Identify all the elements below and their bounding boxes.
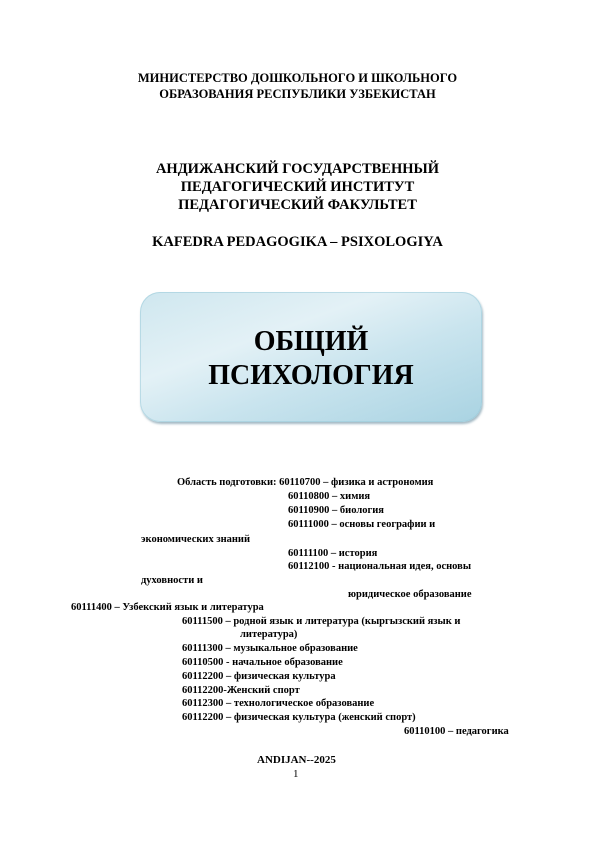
specialty-item: 60112100 - национальная идея, основы	[288, 560, 471, 574]
ministry-heading: МИНИСТЕРСТВО ДОШКОЛЬНОГО И ШКОЛЬНОГО ОБР…	[0, 70, 595, 102]
specialty-item: 60110900 – биология	[288, 504, 384, 518]
specialty-item: 60110100 – педагогика	[404, 725, 509, 739]
title-line-1: ОБЩИЙ	[140, 325, 482, 359]
institute-line-1: АНДИЖАНСКИЙ ГОСУДАРСТВЕННЫЙ	[0, 160, 595, 178]
institute-heading: АНДИЖАНСКИЙ ГОСУДАРСТВЕННЫЙ ПЕДАГОГИЧЕСК…	[0, 160, 595, 214]
faculty-name: ПЕДАГОГИЧЕСКИЙ ФАКУЛЬТЕТ	[0, 196, 595, 214]
specialties-label: Область подготовки:	[177, 477, 277, 488]
specialty-item: 60110500 - начальное образование	[182, 656, 343, 670]
institute-line-2: ПЕДАГОГИЧЕСКИЙ ИНСТИТУТ	[0, 178, 595, 196]
specialty-item: 60111100 – история	[288, 547, 377, 561]
ministry-line-1: МИНИСТЕРСТВО ДОШКОЛЬНОГО И ШКОЛЬНОГО	[0, 70, 595, 86]
specialty-item: 60110800 – химия	[288, 490, 370, 504]
specialty-item: 60112200 – физическая культура (женский …	[182, 711, 416, 725]
specialty-item: 60112200-Женский спорт	[182, 684, 300, 698]
specialty-item: 60111000 – основы географии и	[288, 518, 435, 532]
title-line-2: ПСИХОЛОГИЯ	[140, 359, 482, 393]
specialty-item-continuation: духовности и	[141, 574, 203, 588]
specialty-item-continuation: юридическое образование	[348, 588, 472, 602]
specialty-row: Область подготовки: 60110700 – физика и …	[177, 476, 433, 490]
page-number: 1	[293, 768, 299, 780]
city-year: ANDIJAN--2025	[257, 754, 336, 766]
specialty-item: 60111500 – родной язык и литература (кыр…	[182, 615, 460, 629]
department-name: KAFEDRA PEDAGOGIKA – PSIXOLOGIYA	[0, 233, 595, 251]
specialty-item: 60111300 – музыкальное образование	[182, 642, 358, 656]
document-title: ОБЩИЙ ПСИХОЛОГИЯ	[140, 325, 482, 393]
specialty-item: 60111400 – Узбекский язык и литература	[71, 601, 264, 615]
title-box: ОБЩИЙ ПСИХОЛОГИЯ	[140, 292, 482, 422]
specialty-item-continuation: литература)	[240, 628, 297, 642]
specialty-item: 60112200 – физическая культура	[182, 670, 336, 684]
ministry-line-2: ОБРАЗОВАНИЯ РЕСПУБЛИКИ УЗБЕКИСТАН	[0, 86, 595, 102]
specialty-item: 60110700 – физика и астрономия	[279, 477, 433, 488]
specialty-item: 60112300 – технологическое образование	[182, 697, 374, 711]
specialty-item-continuation: экономических знаний	[141, 533, 250, 547]
